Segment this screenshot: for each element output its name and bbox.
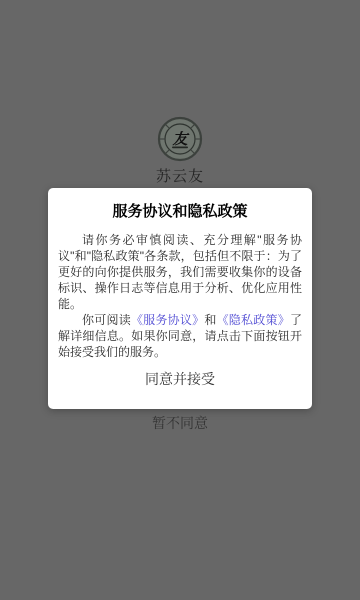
privacy-policy-link[interactable]: 《隐私政策》 bbox=[217, 313, 290, 327]
dialog-paragraph-1: 请你务必审慎阅读、充分理解"服务协议"和"隐私政策"各条款，包括但不限于：为了更… bbox=[58, 232, 302, 312]
dialog-title: 服务协议和隐私政策 bbox=[58, 200, 302, 221]
dialog-body: 请你务必审慎阅读、充分理解"服务协议"和"隐私政策"各条款，包括但不限于：为了更… bbox=[58, 232, 302, 360]
dialog-paragraph-2: 你可阅读《服务协议》和《隐私政策》了解详细信息。如果你同意，请点击下面按钮开始接… bbox=[58, 312, 302, 360]
paragraph-text: 和 bbox=[204, 313, 216, 327]
screen-backdrop: 友 苏云友 服务协议和隐私政策 请你务必审慎阅读、充分理解"服务协议"和"隐私政… bbox=[0, 0, 360, 600]
privacy-dialog: 服务协议和隐私政策 请你务必审慎阅读、充分理解"服务协议"和"隐私政策"各条款，… bbox=[48, 188, 312, 409]
app-logo-icon: 友 bbox=[157, 116, 203, 162]
disagree-button[interactable]: 暂不同意 bbox=[58, 413, 302, 433]
paragraph-text: 你可阅读 bbox=[82, 313, 131, 327]
app-name: 苏云友 bbox=[0, 165, 360, 186]
logo-subtext-line bbox=[172, 147, 188, 149]
agree-button[interactable]: 同意并接受 bbox=[58, 369, 302, 389]
service-agreement-link[interactable]: 《服务协议》 bbox=[131, 313, 204, 327]
